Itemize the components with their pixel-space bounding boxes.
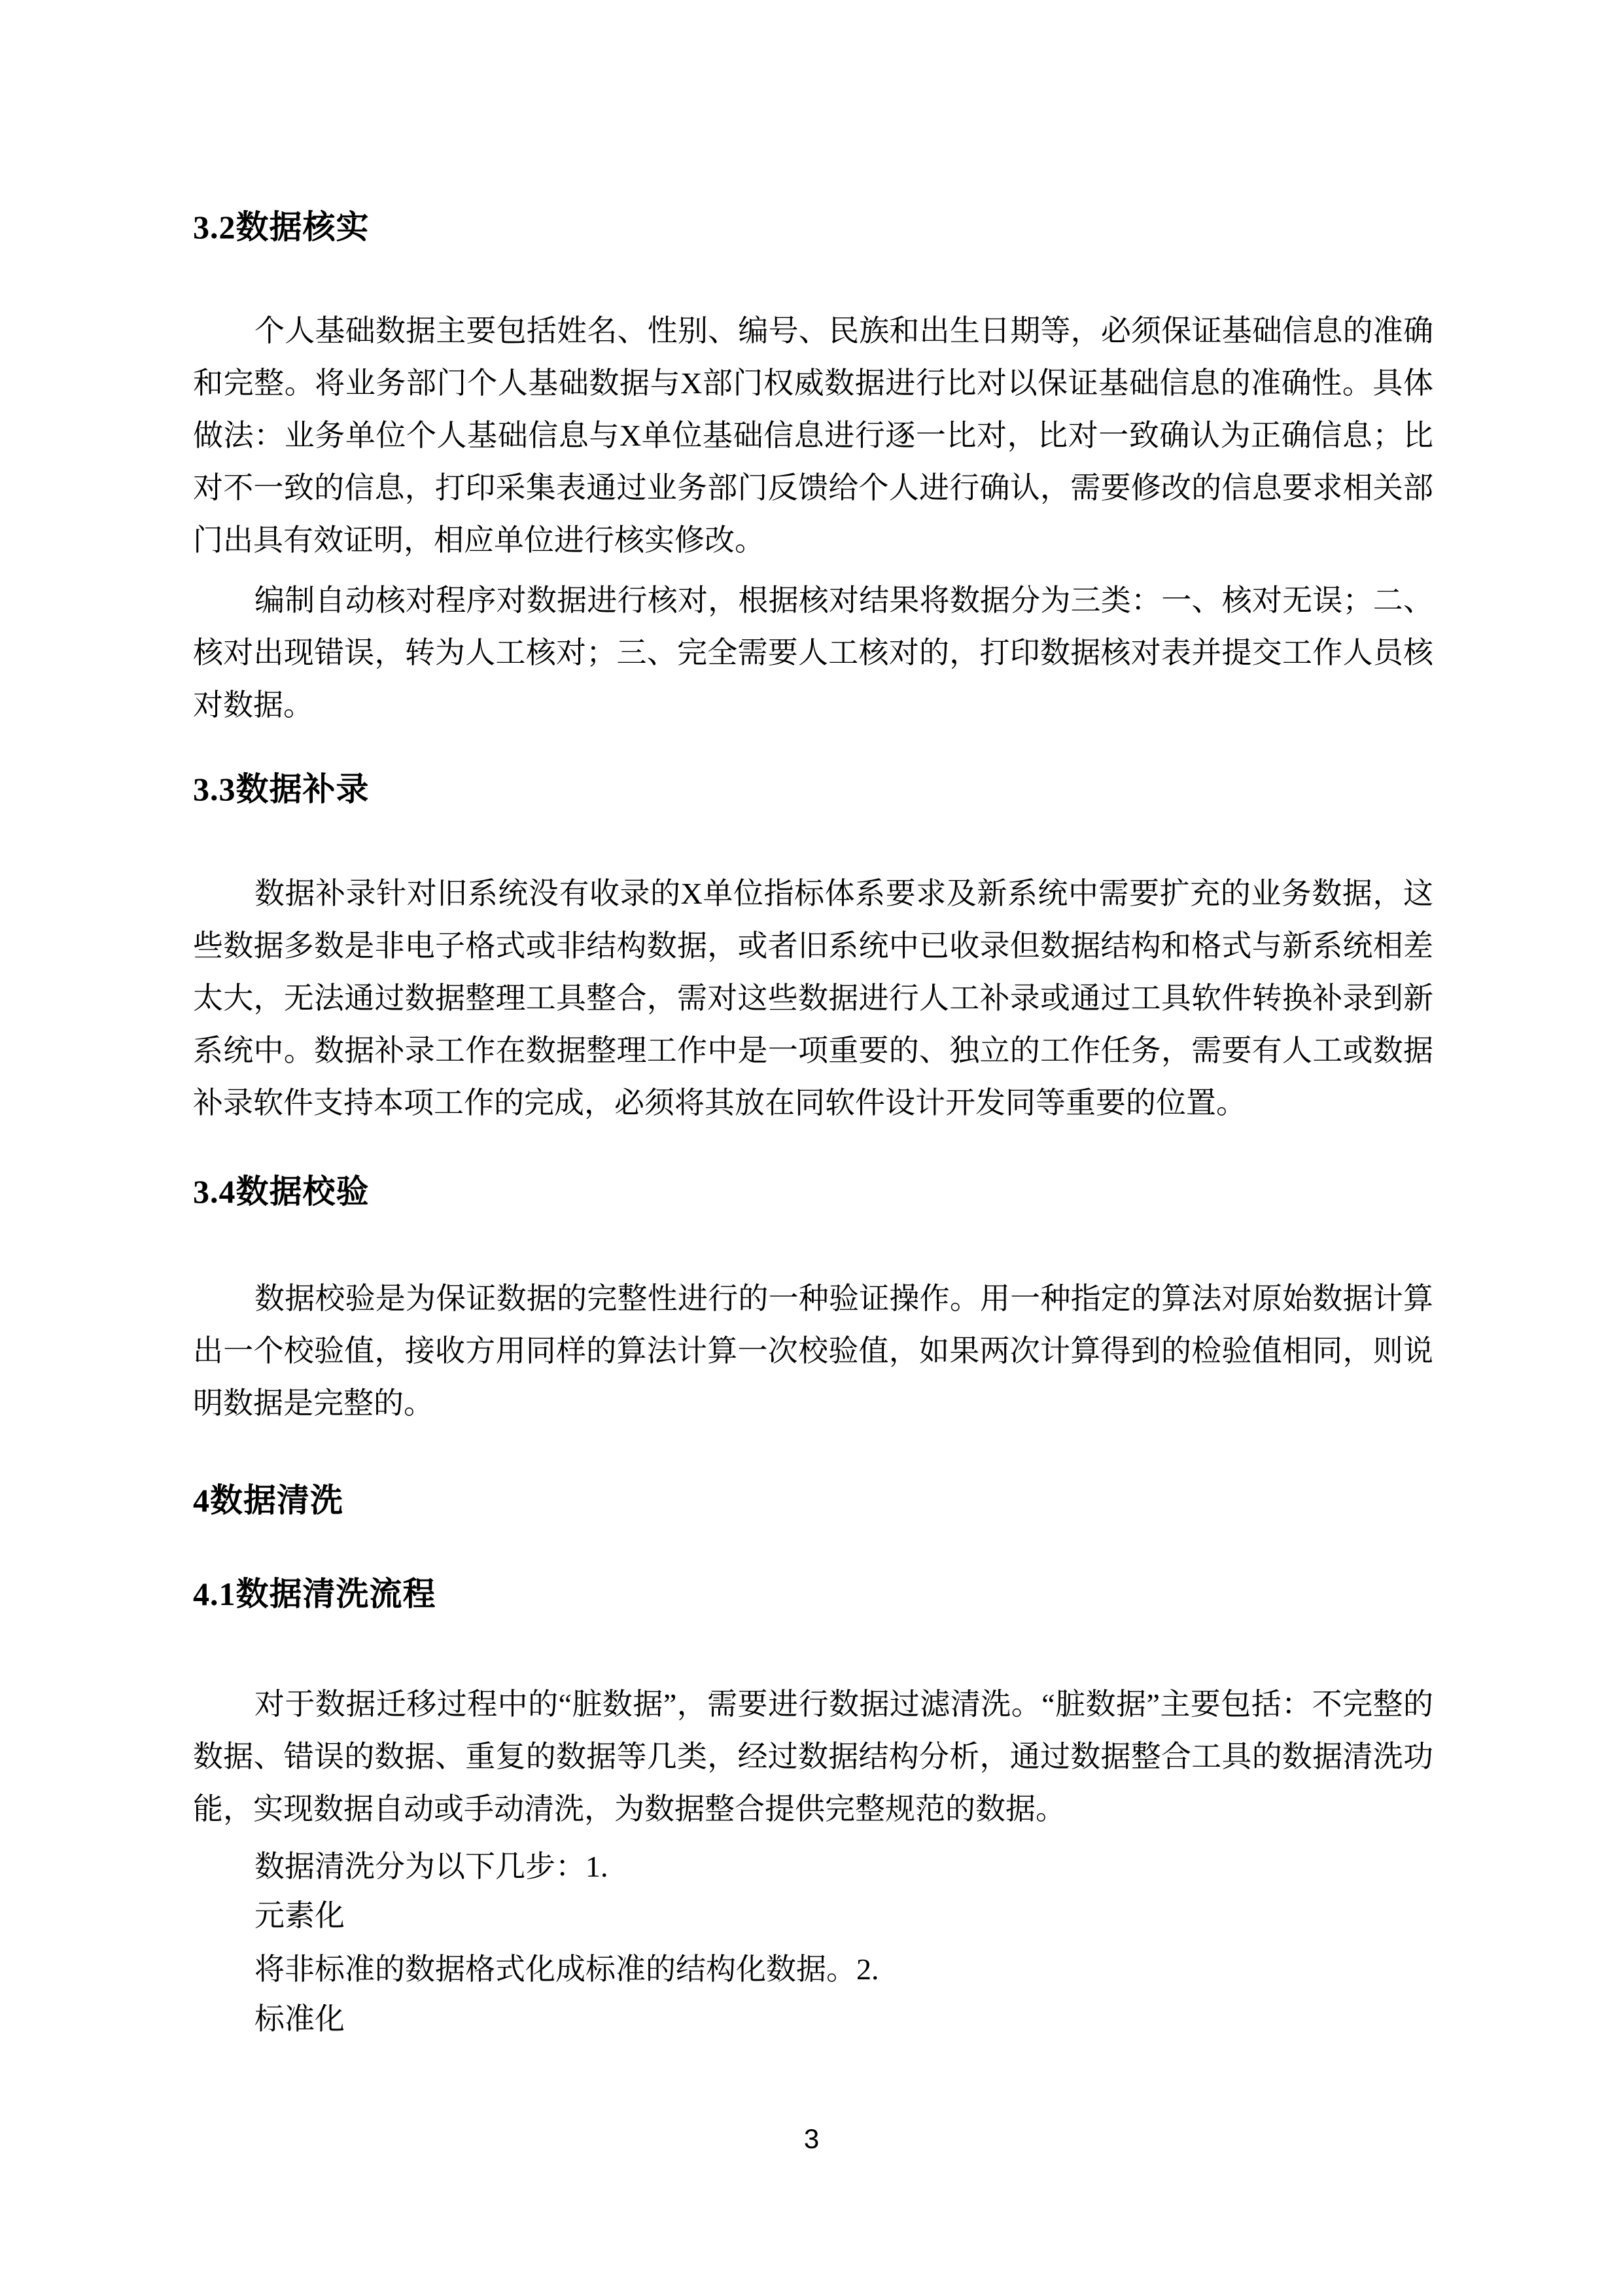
step-line-elementization: 元素化: [193, 1890, 1433, 1942]
paragraph-data-verification-1: 个人基础数据主要包括姓名、性别、编号、民族和出生日期等，必须保证基础信息的准确和…: [193, 305, 1433, 567]
paragraph-data-cleaning-intro: 对于数据迁移过程中的“脏数据”，需要进行数据过滤清洗。“脏数据”主要包括：不完整…: [193, 1678, 1433, 1835]
section-heading-3-2-data-verification: 3.2数据核实: [193, 208, 1436, 246]
paragraph-data-verification-2: 编制自动核对程序对数据进行核对，根据核对结果将数据分为三类：一、核对无误；二、核…: [193, 574, 1433, 732]
step-line-standardization: 标准化: [193, 1993, 1433, 2045]
page-number: 3: [0, 2123, 1623, 2155]
section-heading-4-data-cleaning: 4数据清洗: [193, 1481, 1436, 1519]
section-heading-3-3-data-supplement: 3.3数据补录: [193, 770, 1436, 808]
document-page: 3.2数据核实 个人基础数据主要包括姓名、性别、编号、民族和出生日期等，必须保证…: [0, 0, 1623, 2296]
paragraph-data-supplement: 数据补录针对旧系统没有收录的X单位指标体系要求及新系统中需要扩充的业务数据，这些…: [193, 868, 1433, 1129]
section-heading-3-4-data-validation: 3.4数据校验: [193, 1173, 1436, 1210]
step-line-cleaning-steps-intro: 数据清洗分为以下几步：1.: [193, 1841, 1433, 1893]
step-line-format-standardize-desc: 将非标准的数据格式化成标准的结构化数据。2.: [193, 1943, 1433, 1996]
section-heading-4-1-data-cleaning-process: 4.1数据清洗流程: [193, 1575, 1436, 1613]
paragraph-data-validation: 数据校验是为保证数据的完整性进行的一种验证操作。用一种指定的算法对原始数据计算出…: [193, 1273, 1433, 1430]
